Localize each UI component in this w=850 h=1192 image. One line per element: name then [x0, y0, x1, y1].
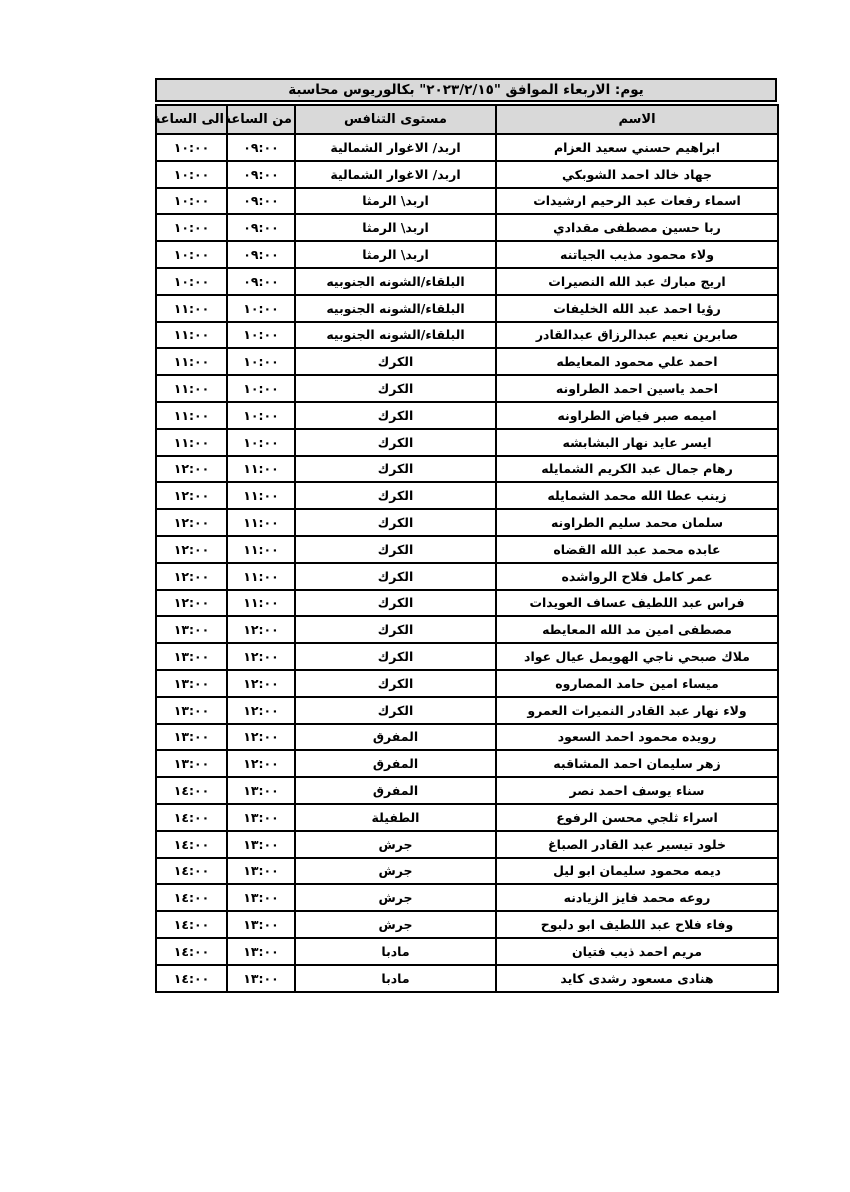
student-name-cell: مريم احمد ذيب فتيان — [496, 938, 778, 965]
table-row: ملاك صبحي ناجي الهويمل عيال عوادالكرك١٢:… — [156, 643, 778, 670]
table-row: فراس عبد اللطيف عساف العويداتالكرك١١:٠٠١… — [156, 590, 778, 617]
table-row: صابرين نعيم عبدالرزاق عبدالقادرالبلقاء/ا… — [156, 322, 778, 349]
from-time-cell: ١٣:٠٠ — [227, 965, 295, 992]
table-row: زهر سليمان احمد المشاقبهالمفرق١٢:٠٠١٣:٠٠ — [156, 750, 778, 777]
competition-level-cell: الكرك — [295, 348, 496, 375]
student-name-cell: مصطفى امين مد الله المعايطه — [496, 616, 778, 643]
student-name-cell: فراس عبد اللطيف عساف العويدات — [496, 590, 778, 617]
competition-level-cell: الكرك — [295, 456, 496, 483]
to-time-cell: ١٣:٠٠ — [156, 750, 227, 777]
from-time-cell: ١٣:٠٠ — [227, 777, 295, 804]
table-row: احمد علي محمود المعايطهالكرك١٠:٠٠١١:٠٠ — [156, 348, 778, 375]
competition-level-cell: الكرك — [295, 590, 496, 617]
student-name-cell: ربا حسين مصطفى مقدادي — [496, 214, 778, 241]
from-time-cell: ١٠:٠٠ — [227, 429, 295, 456]
table-row: اميمه صبر فياض الطراونهالكرك١٠:٠٠١١:٠٠ — [156, 402, 778, 429]
to-time-cell: ١٢:٠٠ — [156, 509, 227, 536]
competition-level-cell: الكرك — [295, 563, 496, 590]
competition-level-cell: المفرق — [295, 777, 496, 804]
table-row: اسماء رفعات عبد الرحيم ارشيداتاربد\ الرم… — [156, 188, 778, 215]
student-name-cell: ديمه محمود سليمان ابو ليل — [496, 858, 778, 885]
student-name-cell: عابده محمد عبد الله القضاه — [496, 536, 778, 563]
from-time-cell: ٠٩:٠٠ — [227, 188, 295, 215]
to-time-cell: ١٠:٠٠ — [156, 214, 227, 241]
competition-level-cell: الكرك — [295, 402, 496, 429]
to-time-cell: ١٤:٠٠ — [156, 938, 227, 965]
to-time-cell: ١٣:٠٠ — [156, 697, 227, 724]
from-time-cell: ١٠:٠٠ — [227, 348, 295, 375]
competition-level-cell: الطفيلة — [295, 804, 496, 831]
from-time-cell: ١٢:٠٠ — [227, 724, 295, 751]
competition-level-cell: مادبا — [295, 965, 496, 992]
competition-level-cell: الكرك — [295, 482, 496, 509]
competition-level-cell: جرش — [295, 858, 496, 885]
column-header-from: من الساعة — [227, 105, 295, 134]
to-time-cell: ١٣:٠٠ — [156, 724, 227, 751]
competition-level-cell: اربد\ الرمثا — [295, 188, 496, 215]
from-time-cell: ١١:٠٠ — [227, 536, 295, 563]
to-time-cell: ١٠:٠٠ — [156, 134, 227, 161]
student-name-cell: خلود تيسير عبد القادر الصباغ — [496, 831, 778, 858]
to-time-cell: ١٤:٠٠ — [156, 884, 227, 911]
column-header-to: الى الساعة — [156, 105, 227, 134]
from-time-cell: ١٣:٠٠ — [227, 858, 295, 885]
to-time-cell: ١٢:٠٠ — [156, 536, 227, 563]
competition-level-cell: الكرك — [295, 643, 496, 670]
to-time-cell: ١٠:٠٠ — [156, 268, 227, 295]
table-row: مريم احمد ذيب فتيانمادبا١٣:٠٠١٤:٠٠ — [156, 938, 778, 965]
from-time-cell: ١٠:٠٠ — [227, 322, 295, 349]
table-row: رويده محمود احمد السعودالمفرق١٢:٠٠١٣:٠٠ — [156, 724, 778, 751]
student-name-cell: احمد علي محمود المعايطه — [496, 348, 778, 375]
student-name-cell: هنادى مسعود رشدى كايد — [496, 965, 778, 992]
to-time-cell: ١١:٠٠ — [156, 429, 227, 456]
column-header-name: الاسم — [496, 105, 778, 134]
from-time-cell: ١٠:٠٠ — [227, 402, 295, 429]
from-time-cell: ١١:٠٠ — [227, 590, 295, 617]
student-name-cell: جهاد خالد احمد الشوبكي — [496, 161, 778, 188]
competition-level-cell: البلقاء/الشونه الجنوبيه — [295, 268, 496, 295]
document-page: يوم: الاربعاء الموافق "٢٠٢٣/٢/١٥" بكالور… — [0, 0, 850, 1192]
table-row: رهام جمال عبد الكريم الشمايلهالكرك١١:٠٠١… — [156, 456, 778, 483]
table-row: ايسر عايد نهار البشابشهالكرك١٠:٠٠١١:٠٠ — [156, 429, 778, 456]
from-time-cell: ١١:٠٠ — [227, 482, 295, 509]
from-time-cell: ٠٩:٠٠ — [227, 268, 295, 295]
table-row: عابده محمد عبد الله القضاهالكرك١١:٠٠١٢:٠… — [156, 536, 778, 563]
competition-level-cell: اربد\ الرمثا — [295, 241, 496, 268]
competition-level-cell: جرش — [295, 884, 496, 911]
student-name-cell: اسماء رفعات عبد الرحيم ارشيدات — [496, 188, 778, 215]
from-time-cell: ١٢:٠٠ — [227, 643, 295, 670]
competition-level-cell: الكرك — [295, 616, 496, 643]
competition-level-cell: جرش — [295, 831, 496, 858]
to-time-cell: ١٢:٠٠ — [156, 456, 227, 483]
table-row: وفاء فلاح عبد اللطيف ابو دلبوحجرش١٣:٠٠١٤… — [156, 911, 778, 938]
to-time-cell: ١٤:٠٠ — [156, 858, 227, 885]
from-time-cell: ١٣:٠٠ — [227, 938, 295, 965]
competition-level-cell: البلقاء/الشونه الجنوبيه — [295, 322, 496, 349]
competition-level-cell: اربد/ الاغوار الشمالية — [295, 161, 496, 188]
table-row: اسراء ثلجي محسن الرفوعالطفيلة١٣:٠٠١٤:٠٠ — [156, 804, 778, 831]
table-row: ديمه محمود سليمان ابو ليلجرش١٣:٠٠١٤:٠٠ — [156, 858, 778, 885]
to-time-cell: ١٣:٠٠ — [156, 643, 227, 670]
student-name-cell: زهر سليمان احمد المشاقبه — [496, 750, 778, 777]
to-time-cell: ١٤:٠٠ — [156, 911, 227, 938]
table-row: سلمان محمد سليم الطراونهالكرك١١:٠٠١٢:٠٠ — [156, 509, 778, 536]
competition-level-cell: اربد/ الاغوار الشمالية — [295, 134, 496, 161]
table-row: رؤيا احمد عبد الله الخليفاتالبلقاء/الشون… — [156, 295, 778, 322]
from-time-cell: ١٣:٠٠ — [227, 884, 295, 911]
column-header-row: الاسم مستوى التنافس من الساعة الى الساعة — [156, 105, 778, 134]
to-time-cell: ١١:٠٠ — [156, 322, 227, 349]
title-row: يوم: الاربعاء الموافق "٢٠٢٣/٢/١٥" بكالور… — [156, 79, 776, 101]
from-time-cell: ١١:٠٠ — [227, 563, 295, 590]
student-name-cell: ملاك صبحي ناجي الهويمل عيال عواد — [496, 643, 778, 670]
from-time-cell: ١٢:٠٠ — [227, 750, 295, 777]
student-name-cell: احمد ياسين احمد الطراونه — [496, 375, 778, 402]
student-name-cell: اسراء ثلجي محسن الرفوع — [496, 804, 778, 831]
to-time-cell: ١١:٠٠ — [156, 348, 227, 375]
to-time-cell: ١٤:٠٠ — [156, 804, 227, 831]
table-row: زينب عطا الله محمد الشمايلهالكرك١١:٠٠١٢:… — [156, 482, 778, 509]
from-time-cell: ٠٩:٠٠ — [227, 241, 295, 268]
to-time-cell: ١١:٠٠ — [156, 402, 227, 429]
schedule-table-body: ابراهيم حسني سعيد العزاماربد/ الاغوار ال… — [156, 134, 778, 992]
table-row: احمد ياسين احمد الطراونهالكرك١٠:٠٠١١:٠٠ — [156, 375, 778, 402]
to-time-cell: ١٤:٠٠ — [156, 777, 227, 804]
to-time-cell: ١٣:٠٠ — [156, 670, 227, 697]
table-row: اريج مبارك عبد الله النصيراتالبلقاء/الشو… — [156, 268, 778, 295]
from-time-cell: ٠٩:٠٠ — [227, 134, 295, 161]
competition-level-cell: الكرك — [295, 509, 496, 536]
table-row: ربا حسين مصطفى مقدادياربد\ الرمثا٠٩:٠٠١٠… — [156, 214, 778, 241]
to-time-cell: ١٤:٠٠ — [156, 965, 227, 992]
student-name-cell: ميساء امين حامد المصاروه — [496, 670, 778, 697]
table-row: روعه محمد فايز الزيادنهجرش١٣:٠٠١٤:٠٠ — [156, 884, 778, 911]
student-name-cell: رهام جمال عبد الكريم الشمايله — [496, 456, 778, 483]
from-time-cell: ١٣:٠٠ — [227, 804, 295, 831]
table-row: ولاء محمود مذيب الجياتنهاربد\ الرمثا٠٩:٠… — [156, 241, 778, 268]
competition-level-cell: اربد\ الرمثا — [295, 214, 496, 241]
student-name-cell: ولاء نهار عبد القادر النميرات العمرو — [496, 697, 778, 724]
from-time-cell: ١٢:٠٠ — [227, 697, 295, 724]
student-name-cell: اريج مبارك عبد الله النصيرات — [496, 268, 778, 295]
column-header-level: مستوى التنافس — [295, 105, 496, 134]
to-time-cell: ١٠:٠٠ — [156, 188, 227, 215]
table-title: يوم: الاربعاء الموافق "٢٠٢٣/٢/١٥" بكالور… — [156, 79, 776, 101]
to-time-cell: ١٠:٠٠ — [156, 241, 227, 268]
competition-level-cell: جرش — [295, 911, 496, 938]
competition-level-cell: الكرك — [295, 670, 496, 697]
from-time-cell: ١٠:٠٠ — [227, 375, 295, 402]
table-row: ولاء نهار عبد القادر النميرات العمروالكر… — [156, 697, 778, 724]
student-name-cell: عمر كامل فلاح الرواشده — [496, 563, 778, 590]
table-row: خلود تيسير عبد القادر الصباغجرش١٣:٠٠١٤:٠… — [156, 831, 778, 858]
competition-level-cell: الكرك — [295, 536, 496, 563]
table-row: ميساء امين حامد المصاروهالكرك١٢:٠٠١٣:٠٠ — [156, 670, 778, 697]
student-name-cell: رؤيا احمد عبد الله الخليفات — [496, 295, 778, 322]
student-name-cell: ايسر عايد نهار البشابشه — [496, 429, 778, 456]
student-name-cell: وفاء فلاح عبد اللطيف ابو دلبوح — [496, 911, 778, 938]
student-name-cell: ابراهيم حسني سعيد العزام — [496, 134, 778, 161]
from-time-cell: ١٢:٠٠ — [227, 670, 295, 697]
to-time-cell: ١١:٠٠ — [156, 375, 227, 402]
table-row: جهاد خالد احمد الشوبكياربد/ الاغوار الشم… — [156, 161, 778, 188]
table-row: مصطفى امين مد الله المعايطهالكرك١٢:٠٠١٣:… — [156, 616, 778, 643]
competition-level-cell: الكرك — [295, 697, 496, 724]
to-time-cell: ١٤:٠٠ — [156, 831, 227, 858]
student-name-cell: رويده محمود احمد السعود — [496, 724, 778, 751]
to-time-cell: ١٢:٠٠ — [156, 482, 227, 509]
from-time-cell: ١١:٠٠ — [227, 456, 295, 483]
competition-level-cell: البلقاء/الشونه الجنوبيه — [295, 295, 496, 322]
table-row: هنادى مسعود رشدى كايدمادبا١٣:٠٠١٤:٠٠ — [156, 965, 778, 992]
from-time-cell: ٠٩:٠٠ — [227, 214, 295, 241]
from-time-cell: ١٢:٠٠ — [227, 616, 295, 643]
from-time-cell: ١٠:٠٠ — [227, 295, 295, 322]
student-name-cell: صابرين نعيم عبدالرزاق عبدالقادر — [496, 322, 778, 349]
table-row: عمر كامل فلاح الرواشدهالكرك١١:٠٠١٢:٠٠ — [156, 563, 778, 590]
table-row: سناء يوسف احمد نصرالمفرق١٣:٠٠١٤:٠٠ — [156, 777, 778, 804]
to-time-cell: ١٢:٠٠ — [156, 563, 227, 590]
from-time-cell: ٠٩:٠٠ — [227, 161, 295, 188]
schedule-table: الاسم مستوى التنافس من الساعة الى الساعة… — [155, 104, 779, 993]
student-name-cell: ولاء محمود مذيب الجياتنه — [496, 241, 778, 268]
student-name-cell: اميمه صبر فياض الطراونه — [496, 402, 778, 429]
competition-level-cell: الكرك — [295, 429, 496, 456]
from-time-cell: ١٣:٠٠ — [227, 831, 295, 858]
competition-level-cell: المفرق — [295, 724, 496, 751]
from-time-cell: ١٣:٠٠ — [227, 911, 295, 938]
schedule-title-bar: يوم: الاربعاء الموافق "٢٠٢٣/٢/١٥" بكالور… — [155, 78, 777, 102]
to-time-cell: ١٢:٠٠ — [156, 590, 227, 617]
student-name-cell: سلمان محمد سليم الطراونه — [496, 509, 778, 536]
from-time-cell: ١١:٠٠ — [227, 509, 295, 536]
table-row: ابراهيم حسني سعيد العزاماربد/ الاغوار ال… — [156, 134, 778, 161]
student-name-cell: سناء يوسف احمد نصر — [496, 777, 778, 804]
to-time-cell: ١٣:٠٠ — [156, 616, 227, 643]
to-time-cell: ١١:٠٠ — [156, 295, 227, 322]
competition-level-cell: الكرك — [295, 375, 496, 402]
to-time-cell: ١٠:٠٠ — [156, 161, 227, 188]
competition-level-cell: المفرق — [295, 750, 496, 777]
student-name-cell: روعه محمد فايز الزيادنه — [496, 884, 778, 911]
competition-level-cell: مادبا — [295, 938, 496, 965]
student-name-cell: زينب عطا الله محمد الشمايله — [496, 482, 778, 509]
